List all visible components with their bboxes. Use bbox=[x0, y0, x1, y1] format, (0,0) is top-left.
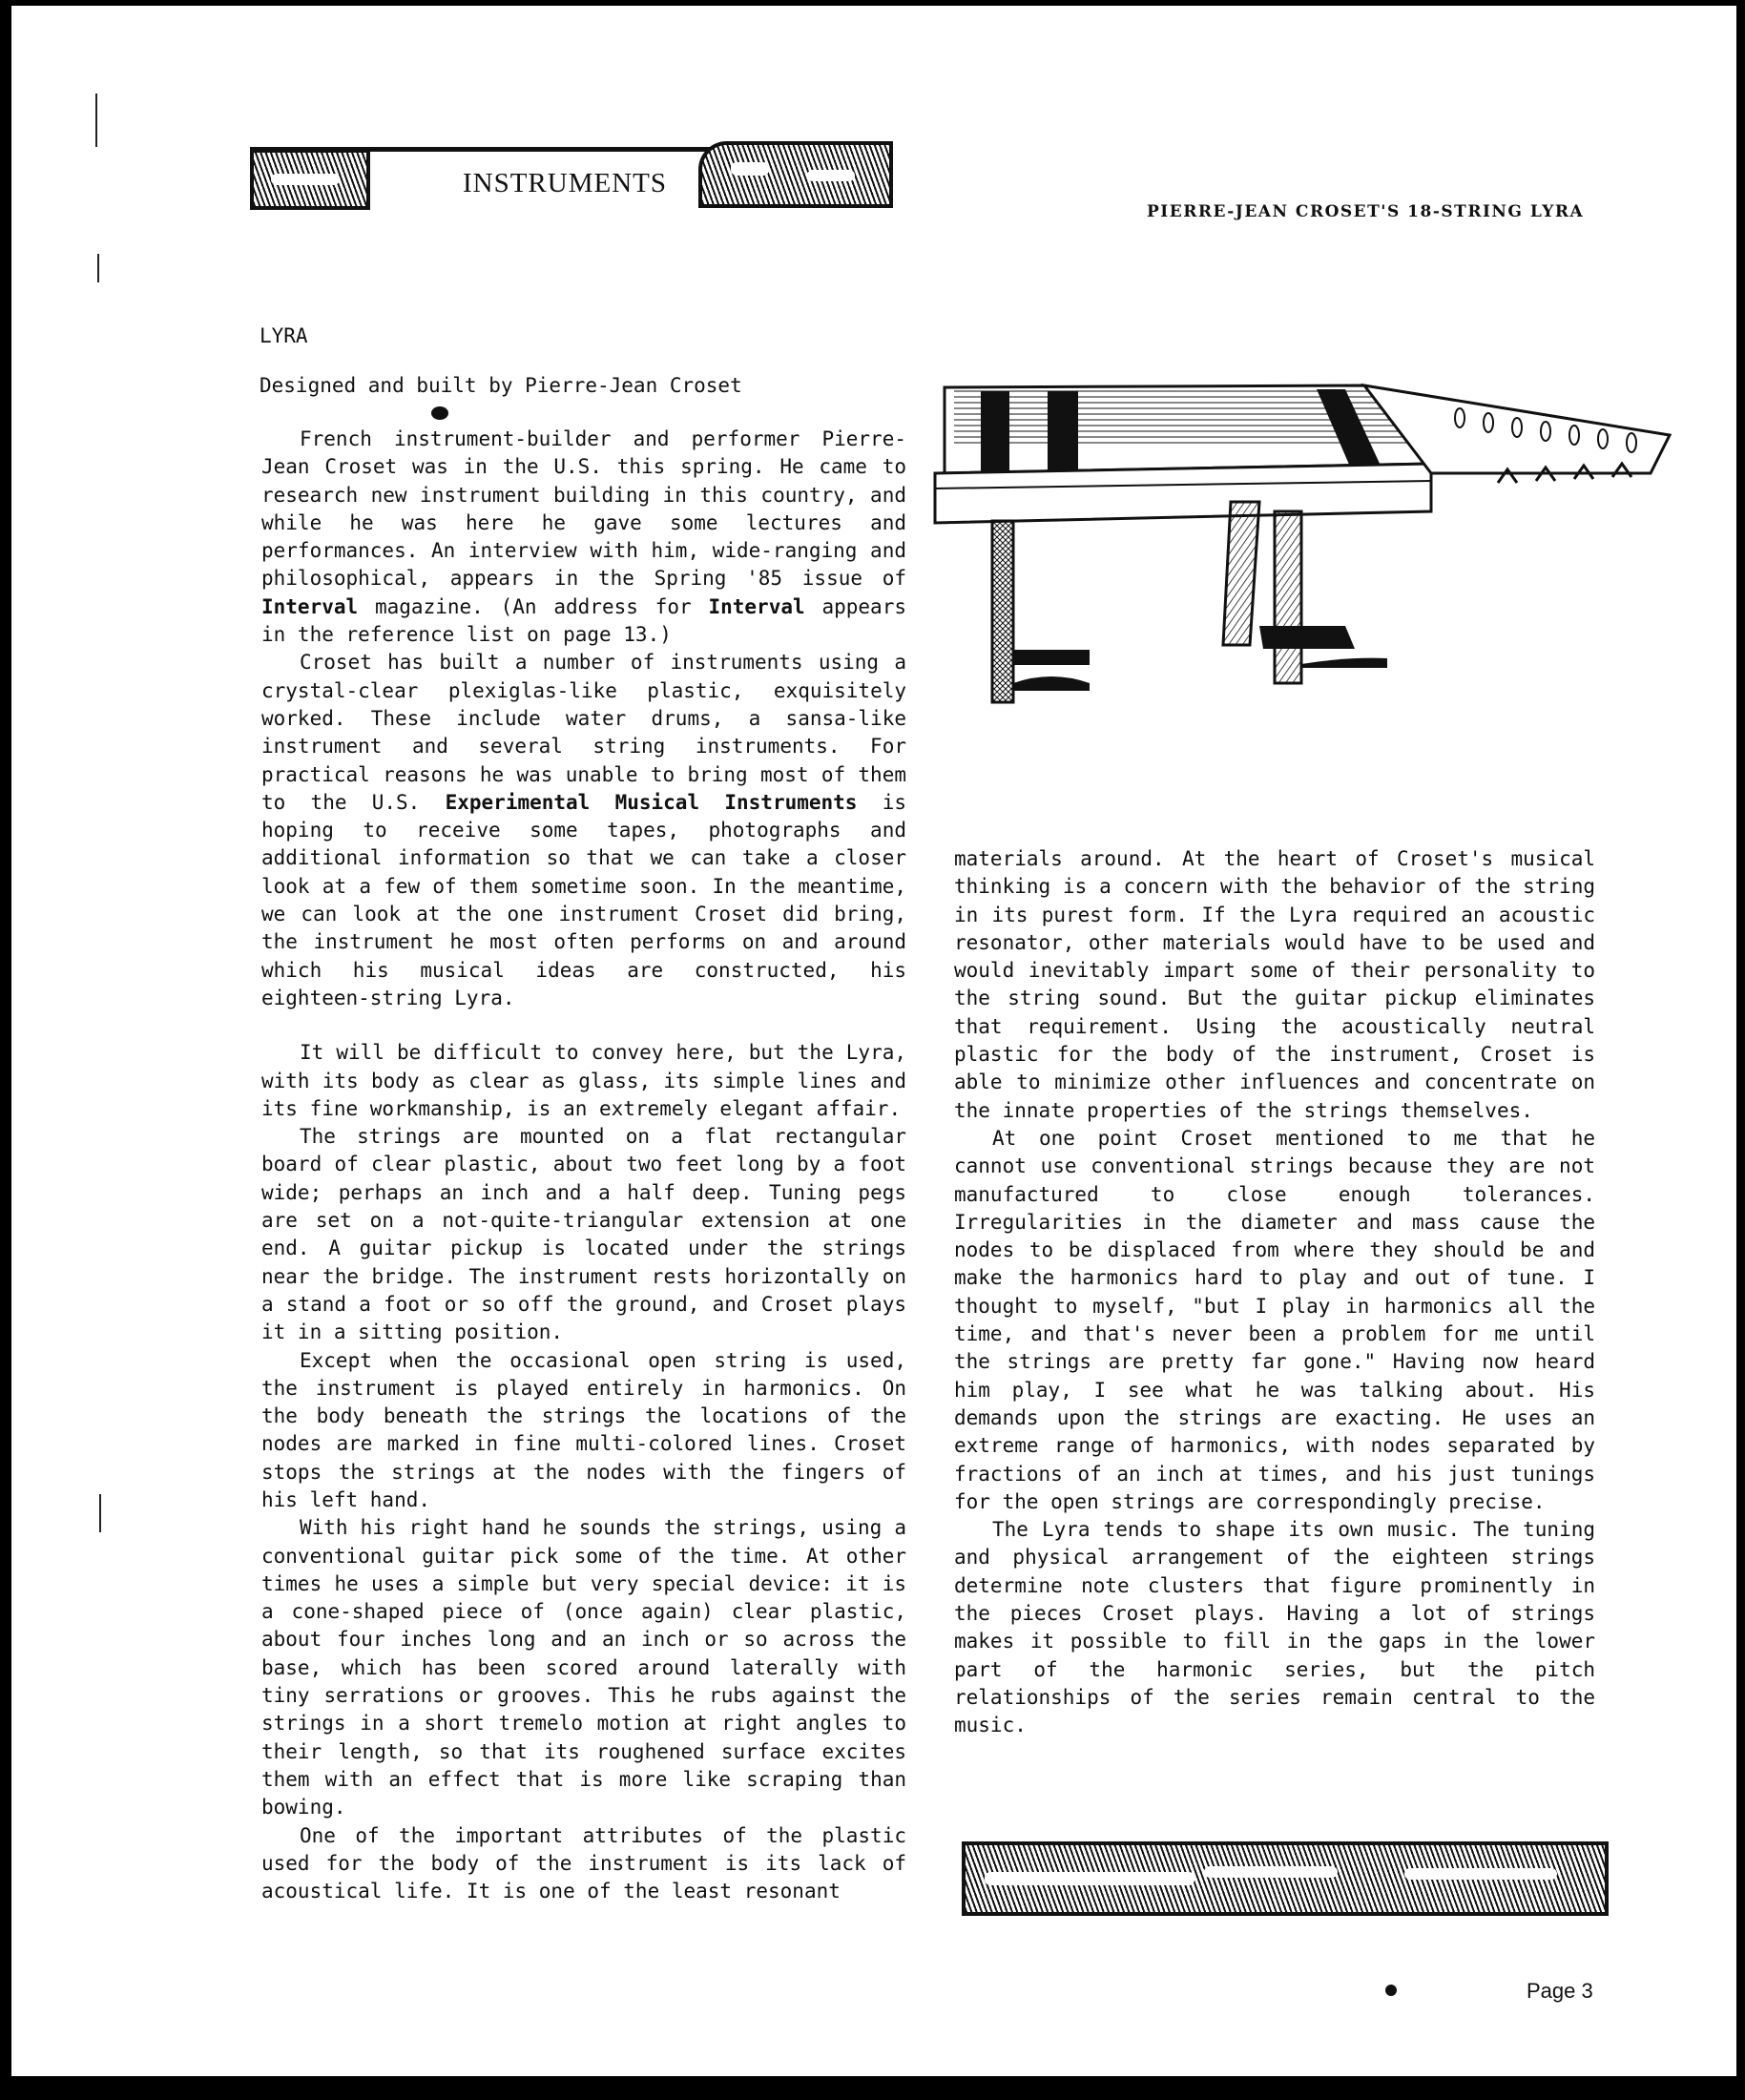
banner-title: INSTRUMENTS bbox=[374, 168, 756, 199]
paragraph: The strings are mounted on a flat rectan… bbox=[261, 1123, 906, 1346]
scan-mark bbox=[97, 254, 99, 282]
paragraph: With his right hand he sounds the string… bbox=[261, 1514, 906, 1821]
section-banner: INSTRUMENTS bbox=[250, 147, 893, 212]
article-byline: Designed and built by Pierre-Jean Croset bbox=[260, 374, 742, 397]
page-number: Page 3 bbox=[1527, 1979, 1593, 2004]
paragraph: At one point Croset mentioned to me that… bbox=[954, 1125, 1595, 1516]
paragraph: Except when the occasional open string i… bbox=[261, 1347, 906, 1515]
paragraph: French instrument-builder and performer … bbox=[261, 426, 906, 649]
scan-mark bbox=[99, 1494, 101, 1532]
ink-blot bbox=[1385, 1985, 1397, 1996]
left-column: French instrument-builder and performer … bbox=[261, 426, 906, 1905]
scan-mark bbox=[95, 94, 97, 147]
right-column: materials around. At the heart of Croset… bbox=[954, 845, 1595, 1740]
figure-caption: PIERRE-JEAN CROSET'S 18-STRING LYRA bbox=[1147, 202, 1584, 221]
document-page: INSTRUMENTS PIERRE-JEAN CROSET'S 18-STRI… bbox=[11, 6, 1736, 2076]
paragraph: materials around. At the heart of Croset… bbox=[954, 845, 1595, 1125]
lyra-illustration bbox=[925, 368, 1689, 712]
ink-blot bbox=[431, 406, 448, 420]
banner-hatch-left bbox=[250, 149, 370, 210]
paragraph: One of the important attributes of the p… bbox=[261, 1822, 906, 1906]
paragraph: Croset has built a number of instruments… bbox=[261, 649, 906, 1012]
article-title: LYRA bbox=[260, 324, 308, 347]
paragraph: The Lyra tends to shape its own music. T… bbox=[954, 1516, 1595, 1739]
footer-hatch-bar bbox=[962, 1841, 1609, 1916]
paragraph: It will be difficult to convey here, but… bbox=[261, 1039, 906, 1123]
